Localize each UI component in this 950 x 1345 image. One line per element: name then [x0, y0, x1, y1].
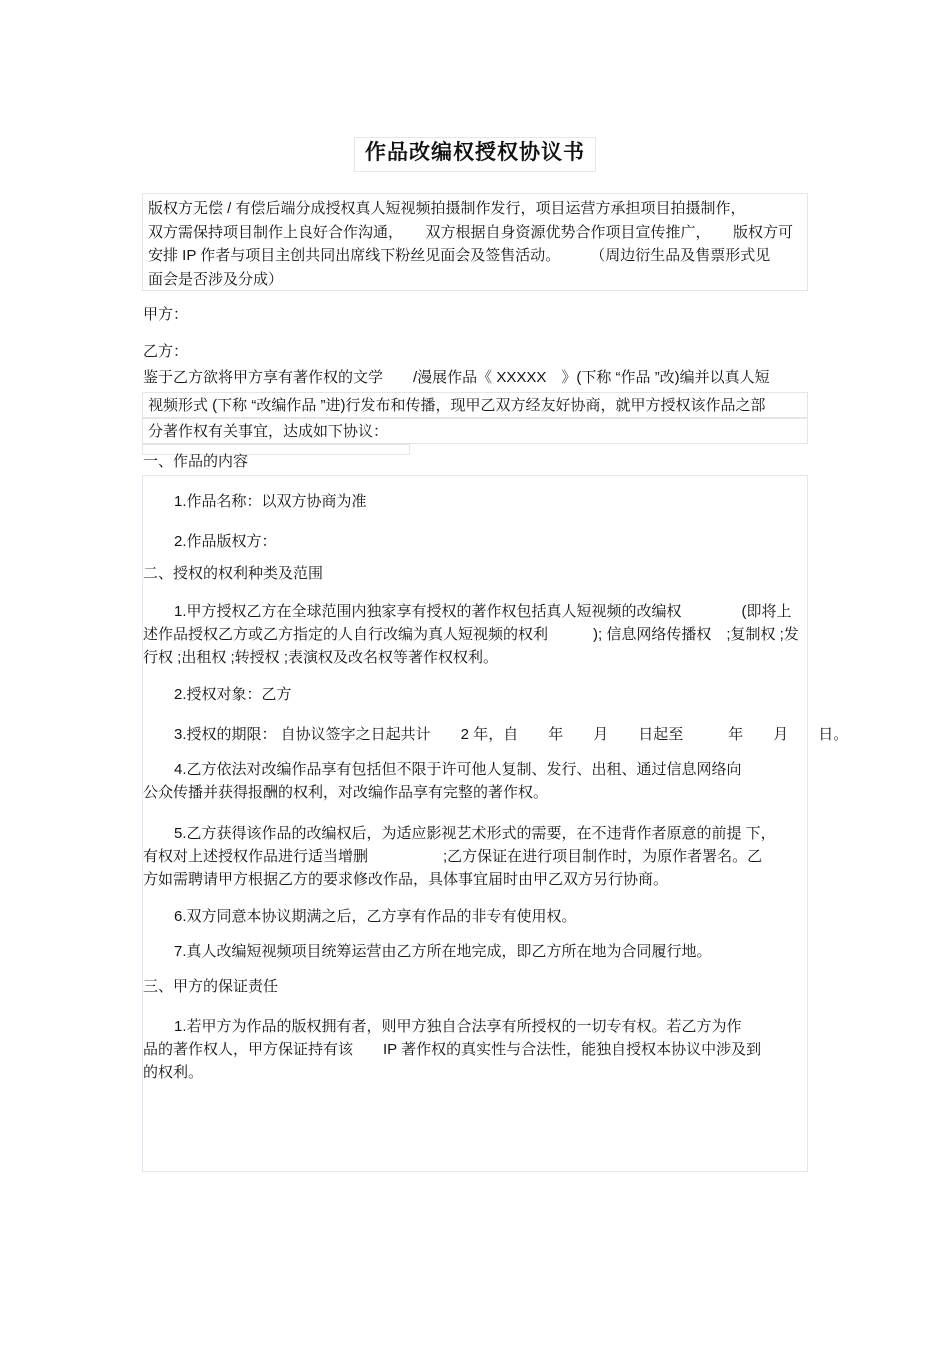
clause-line: 5.乙方获得该作品的改编权后，为适应影视艺术形式的需要，在不违背作者原意的前提 …	[143, 822, 807, 845]
clause-2-5: 5.乙方获得该作品的改编权后，为适应影视艺术形式的需要，在不违背作者原意的前提 …	[143, 822, 807, 891]
clause-2-4: 4.乙方依法对改编作品享有包括但不限于许可他人复制、发行、出租、通过信息网络向 …	[143, 758, 807, 804]
clause-line: 3.授权的期限： 自协议签字之日起共计 2 年，自 年 月 日起至 年 月 日。	[143, 723, 807, 746]
intro-line-4: 面会是否涉及分成）	[148, 268, 802, 292]
party-b-line: 乙方：	[143, 340, 807, 363]
intro-textbox: 版权方无偿 / 有偿后端分成授权真人短视频拍摄制作发行，项目运营方承担项目拍摄制…	[142, 193, 808, 291]
clause-2-1: 1.甲方授权乙方在全球范围内独家享有授权的著作权包括真人短视频的改编权 (即将上…	[143, 600, 807, 669]
recital-line-2-textbox: 视频形式 (下称 “改编作品 ”进)行发布和传播，现甲乙双方经友好协商，就甲方授…	[142, 392, 808, 418]
clause-line: 行权 ;出租权 ;转授权 ;表演权及改名权等著作权权利。	[143, 646, 807, 669]
intro-line-1: 版权方无偿 / 有偿后端分成授权真人短视频拍摄制作发行，项目运营方承担项目拍摄制…	[148, 197, 802, 221]
clause-line: 1.作品名称：以双方协商为准	[143, 490, 807, 513]
clause-line: 2.作品版权方：	[143, 530, 807, 553]
recital-line-3-textbox: 分著作权有关事宜，达成如下协议：	[142, 418, 808, 444]
clause-line: 方如需聘请甲方根据乙方的要求修改作品，具体事宜届时由甲乙双方另行协商。	[143, 868, 807, 891]
section-3-heading: 三、甲方的保证责任	[143, 975, 807, 998]
clause-line: 7.真人改编短视频项目统筹运营由乙方所在地完成，即乙方所在地为合同履行地。	[143, 940, 807, 963]
clause-line: 公众传播并获得报酬的权利，对改编作品享有完整的著作权。	[143, 781, 807, 804]
clause-1-1: 1.作品名称：以双方协商为准	[143, 490, 807, 513]
recital-line-2: 视频形式 (下称 “改编作品 ”进)行发布和传播，现甲乙双方经友好协商，就甲方授…	[148, 394, 802, 417]
recital-line-3: 分著作权有关事宜，达成如下协议：	[148, 420, 802, 443]
section-2-heading: 二、授权的权利种类及范围	[143, 562, 807, 585]
clause-2-7: 7.真人改编短视频项目统筹运营由乙方所在地完成，即乙方所在地为合同履行地。	[143, 940, 807, 963]
clause-1-2: 2.作品版权方：	[143, 530, 807, 553]
clause-line: 述作品授权乙方或乙方指定的人自行改编为真人短视频的权利 ); 信息网络传播权 ;…	[143, 623, 807, 646]
clause-2-2: 2.授权对象：乙方	[143, 683, 807, 706]
clause-line: 有权对上述授权作品进行适当增删 ;乙方保证在进行项目制作时，为原作者署名。乙	[143, 845, 807, 868]
clause-2-6: 6.双方同意本协议期满之后，乙方享有作品的非专有使用权。	[143, 905, 807, 928]
clause-line: 2.授权对象：乙方	[143, 683, 807, 706]
document-title: 作品改编权授权协议书	[354, 137, 596, 172]
document-page: 作品改编权授权协议书 版权方无偿 / 有偿后端分成授权真人短视频拍摄制作发行，项…	[0, 0, 950, 1345]
intro-line-2: 双方需保持项目制作上良好合作沟通， 双方根据自身资源优势合作项目宣传推广， 版权…	[148, 221, 802, 245]
title-row: 作品改编权授权协议书	[0, 137, 950, 172]
clause-line: 1.甲方授权乙方在全球范围内独家享有授权的著作权包括真人短视频的改编权 (即将上	[143, 600, 807, 623]
clause-line: 1.若甲方为作品的版权拥有者，则甲方独自合法享有所授权的一切专有权。若乙方为作	[143, 1015, 807, 1038]
section-1-heading: 一、作品的内容	[143, 450, 807, 473]
clause-line: 品的著作权人，甲方保证持有该 IP 著作权的真实性与合法性，能独自授权本协议中涉…	[143, 1038, 807, 1061]
clause-line: 6.双方同意本协议期满之后，乙方享有作品的非专有使用权。	[143, 905, 807, 928]
clause-line: 的权利。	[143, 1061, 807, 1084]
intro-line-3: 安排 IP 作者与项目主创共同出席线下粉丝见面会及签售活动。 （周边衍生品及售票…	[148, 244, 802, 268]
clause-2-3: 3.授权的期限： 自协议签字之日起共计 2 年，自 年 月 日起至 年 月 日。	[143, 723, 807, 746]
party-a-line: 甲方：	[143, 303, 807, 326]
clause-line: 4.乙方依法对改编作品享有包括但不限于许可他人复制、发行、出租、通过信息网络向	[143, 758, 807, 781]
recital-line-1: 鉴于乙方欲将甲方享有著作权的文学 /漫展作品《 XXXXX 》(下称 “作品 ”…	[143, 366, 807, 389]
clause-3-1: 1.若甲方为作品的版权拥有者，则甲方独自合法享有所授权的一切专有权。若乙方为作 …	[143, 1015, 807, 1084]
